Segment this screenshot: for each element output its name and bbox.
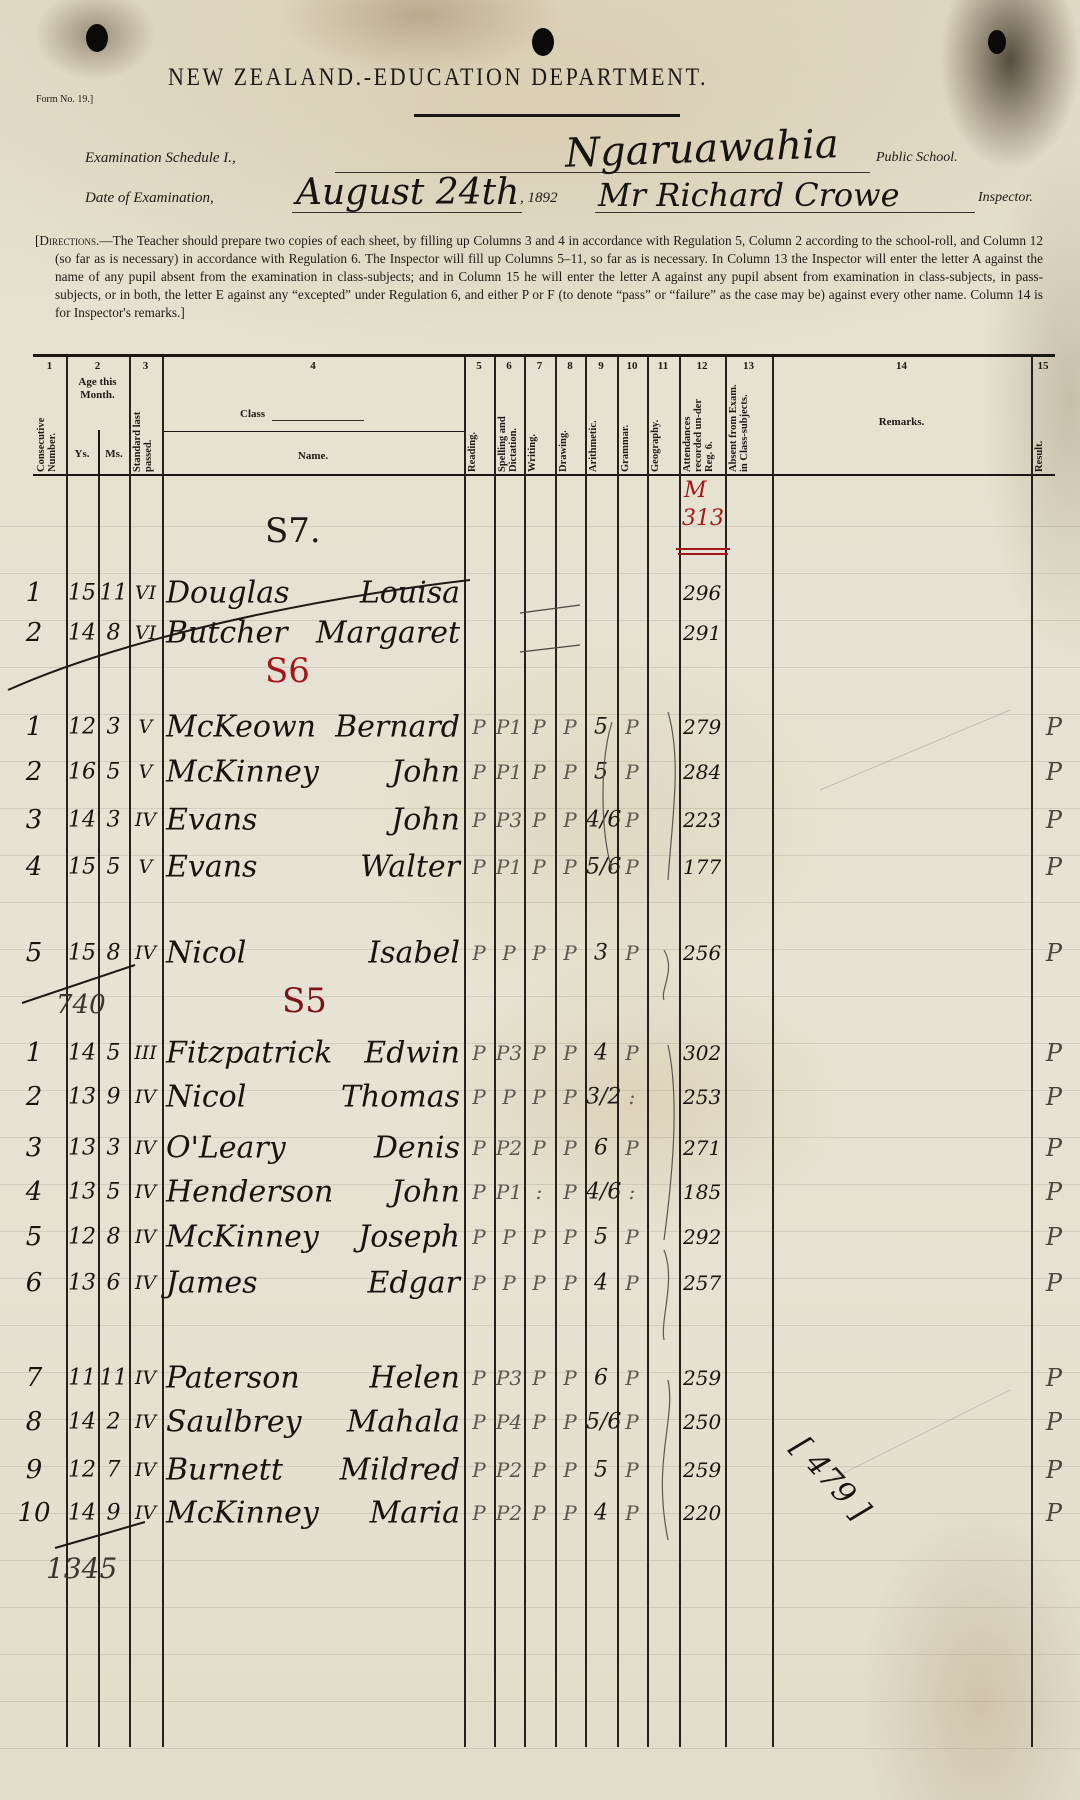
pen-strokes (0, 0, 1080, 1800)
examination-schedule-page: NEW ZEALAND.-EDUCATION DEPARTMENT. Form … (0, 0, 1080, 1800)
